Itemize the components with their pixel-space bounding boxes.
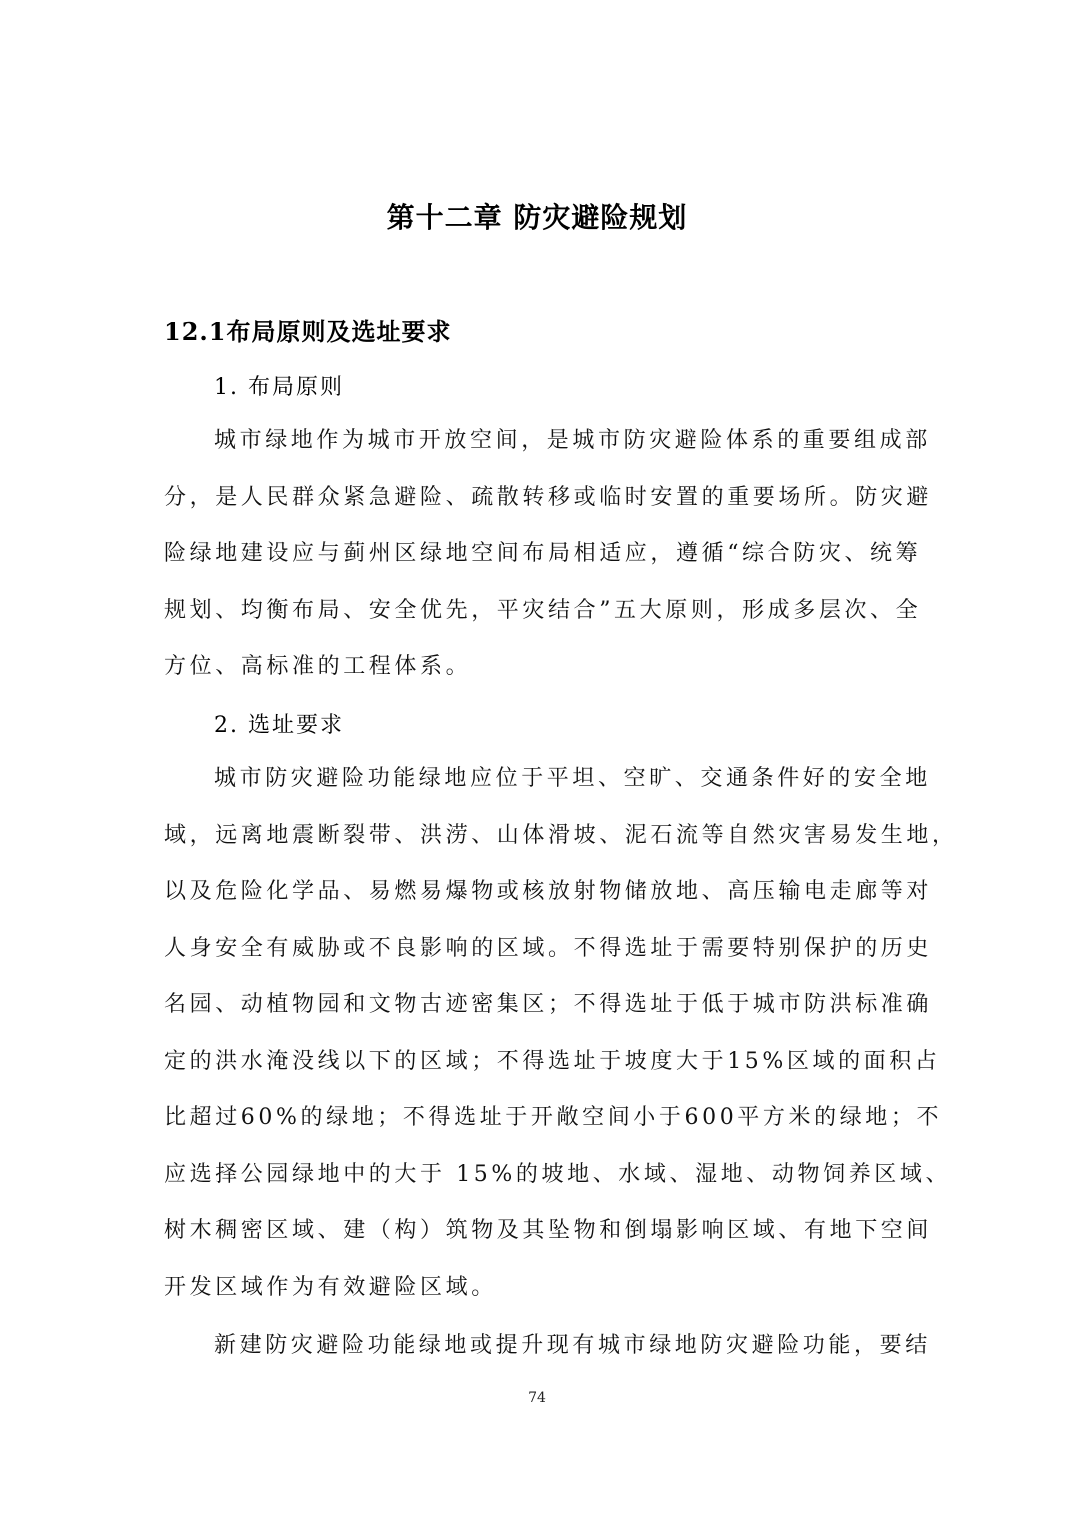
page-number: 74 <box>0 1390 1074 1406</box>
paragraph-line: 险绿地建设应与蓟州区绿地空间布局相适应，遵循“综合防灾、统筹 <box>164 526 912 583</box>
paragraph-line: 树木稠密区域、建（构）筑物及其坠物和倒塌影响区域、有地下空间 <box>164 1203 912 1260</box>
subsection-heading-layout-principles: 1. 布局原则 <box>214 370 344 401</box>
paragraph-line: 人身安全有威胁或不良影响的区域。不得选址于需要特别保护的历史 <box>164 921 912 978</box>
paragraph-line: 名园、动植物园和文物古迹密集区；不得选址于低于城市防洪标准确 <box>164 977 912 1034</box>
paragraph-line: 城市绿地作为城市开放空间，是城市防灾避险体系的重要组成部 <box>164 413 912 470</box>
paragraph-line: 以及危险化学品、易燃易爆物或核放射物储放地、高压输电走廊等对 <box>164 864 912 921</box>
paragraph-line: 城市防灾避险功能绿地应位于平坦、空旷、交通条件好的安全地 <box>164 751 912 808</box>
paragraph-continuation: 新建防灾避险功能绿地或提升现有城市绿地防灾避险功能，要结 <box>164 1318 912 1375</box>
paragraph-line: 定的洪水淹没线以下的区域；不得选址于坡度大于15%区域的面积占 <box>164 1034 912 1091</box>
paragraph-line: 比超过60%的绿地；不得选址于开敞空间小于600平方米的绿地；不 <box>164 1090 912 1147</box>
paragraph-site-requirements: 城市防灾避险功能绿地应位于平坦、空旷、交通条件好的安全地 域，远离地震断裂带、洪… <box>164 751 912 1316</box>
paragraph-line: 开发区域作为有效避险区域。 <box>164 1260 912 1317</box>
paragraph-line: 域，远离地震断裂带、洪涝、山体滑坡、泥石流等自然灾害易发生地， <box>164 808 912 865</box>
chapter-title: 第十二章 防灾避险规划 <box>0 196 1074 236</box>
paragraph-line: 新建防灾避险功能绿地或提升现有城市绿地防灾避险功能，要结 <box>164 1318 912 1375</box>
paragraph-line: 规划、均衡布局、安全优先，平灾结合”五大原则，形成多层次、全 <box>164 583 912 640</box>
document-page: 第十二章 防灾避险规划 12.1布局原则及选址要求 1. 布局原则 城市绿地作为… <box>0 0 1074 1520</box>
paragraph-line: 分，是人民群众紧急避险、疏散转移或临时安置的重要场所。防灾避 <box>164 470 912 527</box>
paragraph-line: 应选择公园绿地中的大于 15%的坡地、水域、湿地、动物饲养区域、 <box>164 1147 912 1204</box>
paragraph-line: 方位、高标准的工程体系。 <box>164 639 912 696</box>
paragraph-layout-principles: 城市绿地作为城市开放空间，是城市防灾避险体系的重要组成部 分，是人民群众紧急避险… <box>164 413 912 696</box>
subsection-heading-site-requirements: 2. 选址要求 <box>214 708 344 739</box>
section-heading: 12.1布局原则及选址要求 <box>164 312 451 347</box>
